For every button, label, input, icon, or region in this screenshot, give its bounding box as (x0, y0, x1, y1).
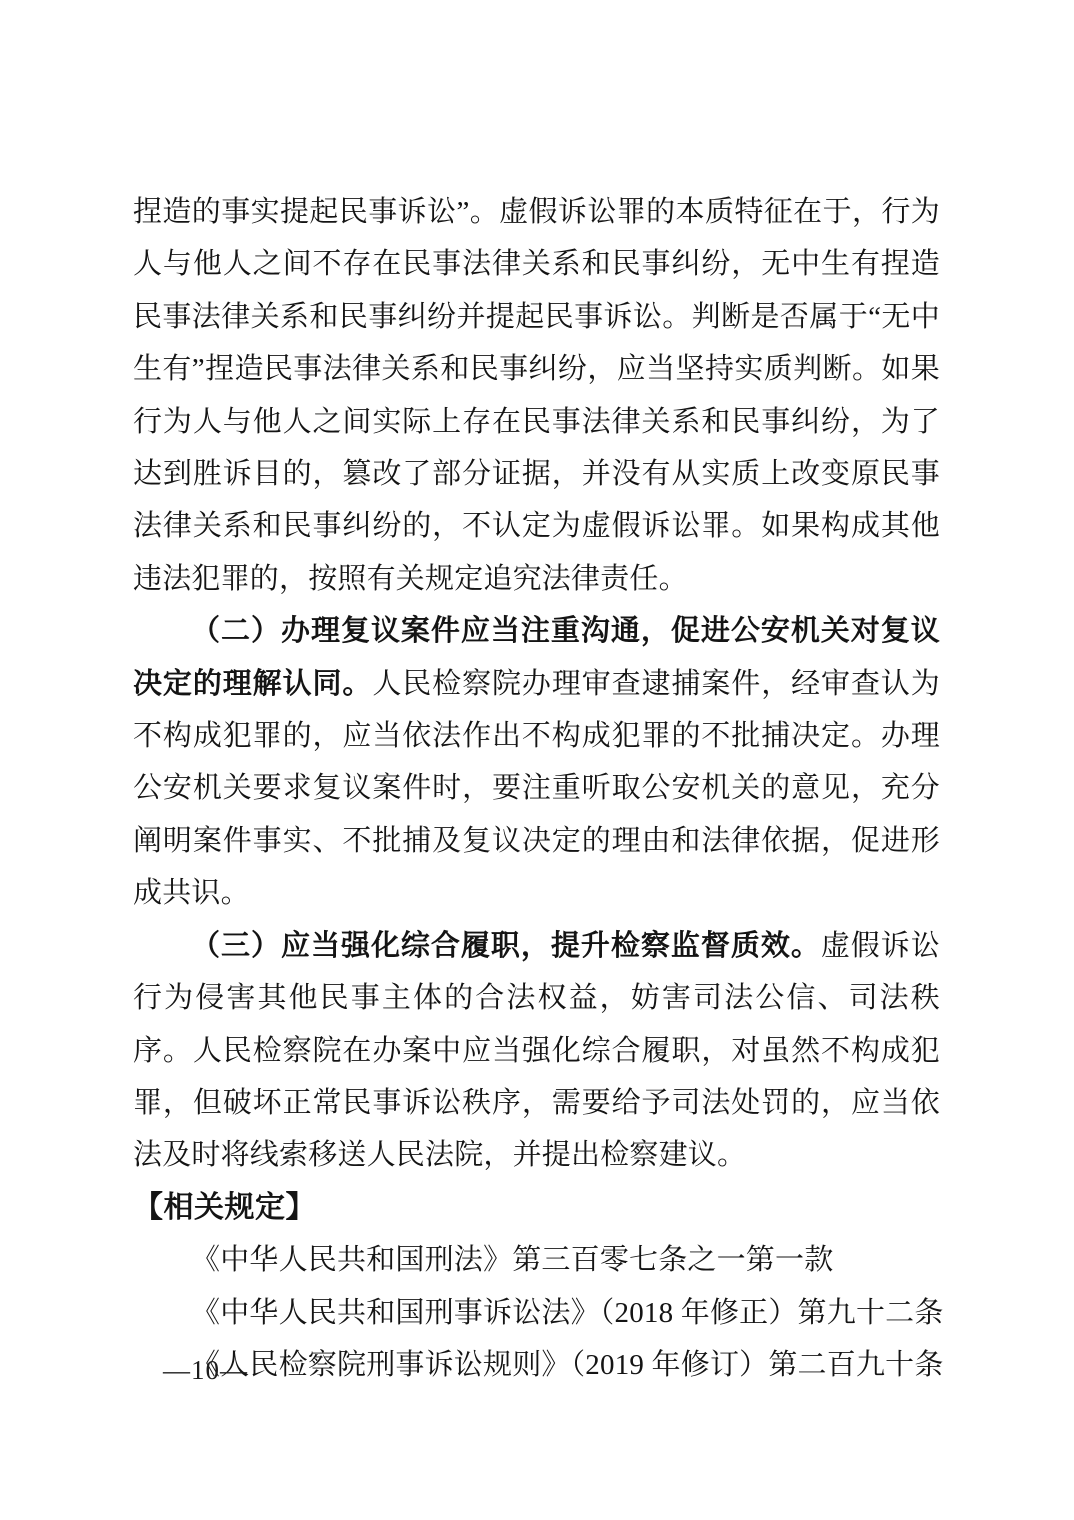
document-page: 捏造的事实提起民事诉讼”。虚假诉讼罪的本质特征在于，行为人与他人之间不存在民事法… (0, 0, 1074, 1520)
citation-item: 《人民检察院刑事诉讼规则》（2019 年修订）第二百九十条 (133, 1339, 940, 1391)
body-paragraph: 捏造的事实提起民事诉讼”。虚假诉讼罪的本质特征在于，行为人与他人之间不存在民事法… (133, 186, 940, 605)
paragraph-lead: （三）应当强化综合履职，提升检察监督质效。 (191, 930, 821, 962)
citation-item: 《中华人民共和国刑事诉讼法》（2018 年修正）第九十二条 (133, 1287, 940, 1339)
text-block: 捏造的事实提起民事诉讼”。虚假诉讼罪的本质特征在于，行为人与他人之间不存在民事法… (133, 186, 940, 1391)
citation-item: 《中华人民共和国刑法》第三百零七条之一第一款 (133, 1234, 940, 1286)
page-number: —10— (163, 1352, 248, 1388)
paragraph-text: 人民检察院办理审查逮捕案件，经审查认为不构成犯罪的，应当依法作出不构成犯罪的不批… (133, 668, 940, 910)
paragraph-text: 捏造的事实提起民事诉讼”。虚假诉讼罪的本质特征在于，行为人与他人之间不存在民事法… (133, 196, 940, 595)
body-paragraph: （二）办理复议案件应当注重沟通，促进公安机关对复议决定的理解认同。人民检察院办理… (133, 605, 940, 919)
body-paragraph: （三）应当强化综合履职，提升检察监督质效。虚假诉讼行为侵害其他民事主体的合法权益… (133, 920, 940, 1182)
section-heading: 【相关规定】 (133, 1182, 940, 1234)
paragraph-text: 虚假诉讼行为侵害其他民事主体的合法权益，妨害司法公信、司法秩序。人民检察院在办案… (133, 930, 940, 1172)
